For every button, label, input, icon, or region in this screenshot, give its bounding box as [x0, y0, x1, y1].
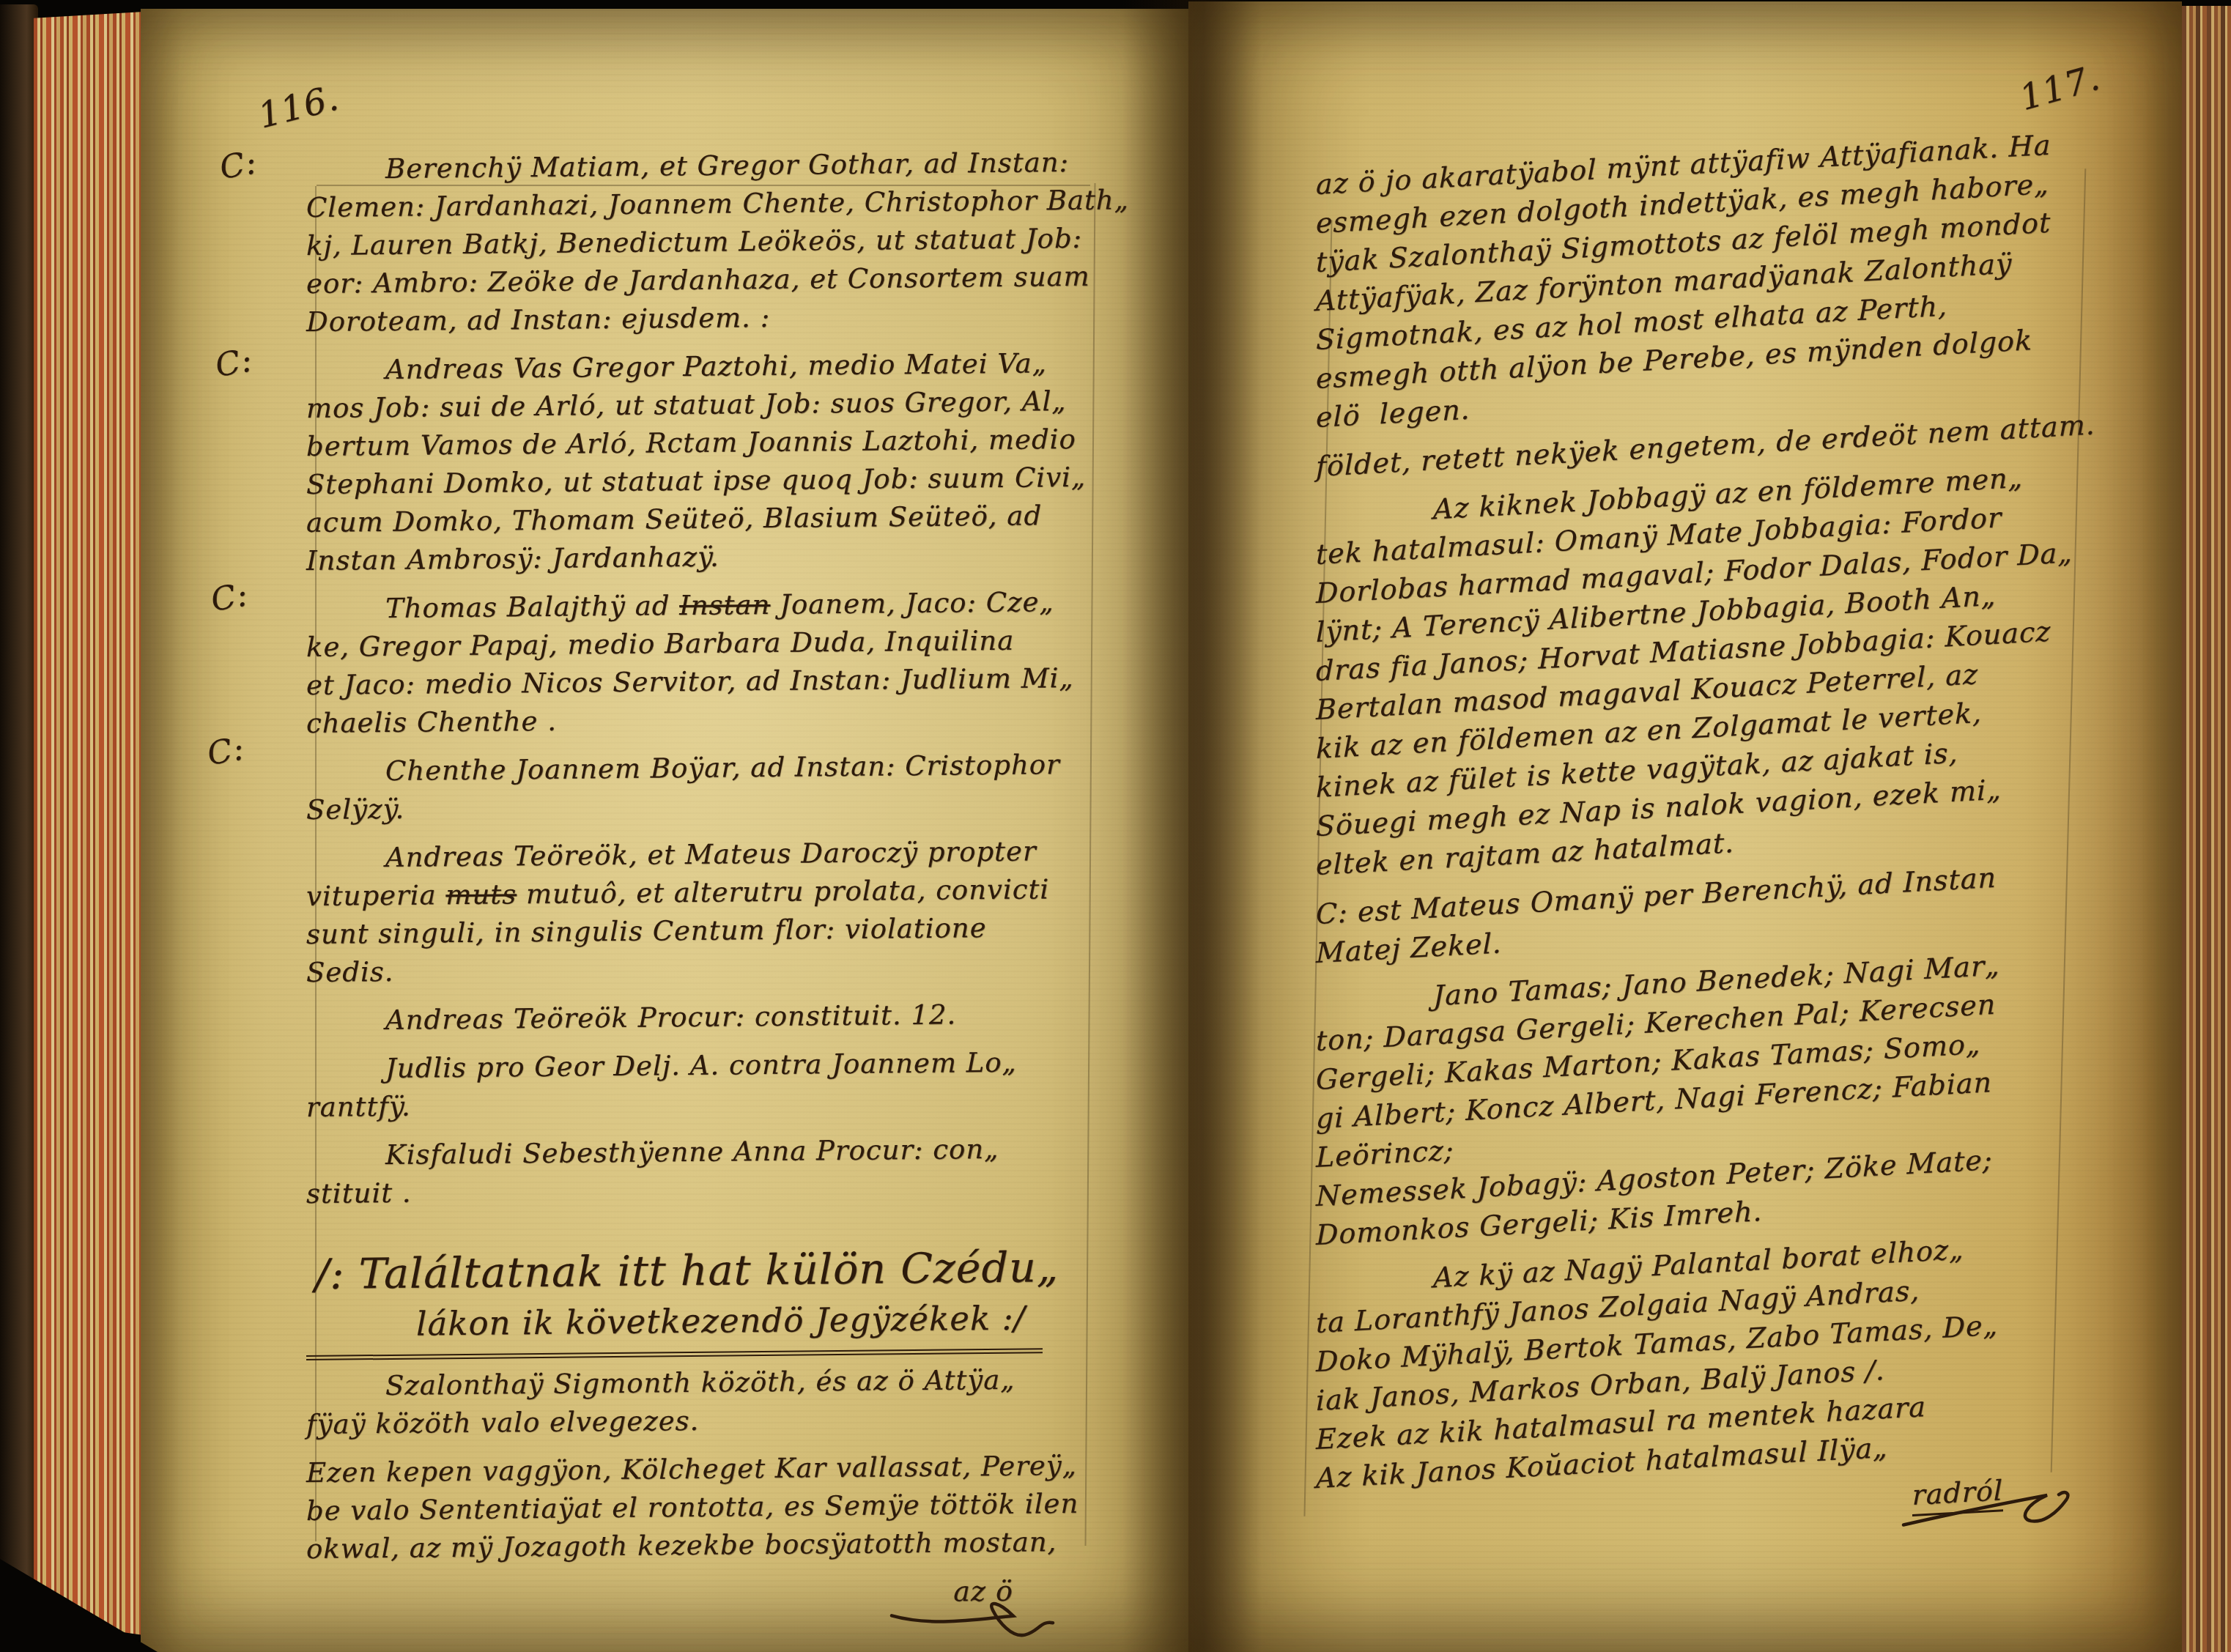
right-page-fore-edges	[2182, 6, 2231, 1652]
catchword-flourish-icon	[1901, 1477, 2091, 1546]
gutter-shadow	[1122, 0, 1262, 1652]
struck-word: Instan	[679, 589, 770, 621]
manuscript-line: Andreas Teöreök Procur: constituit. 12.	[306, 995, 1101, 1040]
section-heading-line1: /: Találtatnak itt hat külön Czédu„	[306, 1240, 1101, 1303]
line-segment: Thomas Balajthÿ ad	[385, 590, 679, 624]
paragraph: Andreas Teöreök Procur: constituit. 12.	[306, 995, 1101, 1040]
catchword-left: az ö	[306, 1572, 1013, 1617]
margin-mark: C:	[217, 144, 260, 187]
paragraph: Kisfaludi Sebesthÿenne Anna Procur: con„…	[306, 1130, 1101, 1213]
manuscript-line: Sedis.	[306, 947, 1101, 992]
paragraph: Andreas Teöreök, et Mateus Daroczÿ propt…	[306, 832, 1101, 992]
manuscript-line: ranttfÿ.	[306, 1081, 1101, 1127]
paragraph: Jano Tamas; Jano Benedek; Nagi Mar„ton; …	[1316, 940, 2113, 1255]
paragraph: Szalonthaÿ Sigmonth közöth, és az ö Attÿ…	[306, 1360, 1101, 1444]
margin-mark: C:	[208, 576, 251, 619]
paragraph: Andreas Vas Gregor Paztohi, medio Matei …	[306, 344, 1101, 580]
manuscript-line: Kisfaludi Sebesthÿenne Anna Procur: con„	[306, 1130, 1101, 1175]
paragraph: Berenchÿ Matiam, et Gregor Gothar, ad In…	[306, 144, 1101, 341]
manuscript-line: fÿaÿ közöth valo elvegezes.	[306, 1399, 1101, 1444]
manuscript-line: acum Domko, Thomam Seüteö, Blasium Seüte…	[306, 497, 1101, 542]
manuscript-line: sunt singuli, in singulis Centum flor: v…	[306, 908, 1101, 954]
paragraph: Chenthe Joannem Boÿar, ad Instan: Cristo…	[306, 746, 1101, 829]
manuscript-line: Doroteam, ad Instan: ejusdem. :	[306, 296, 1101, 341]
left-page-fore-edges	[34, 12, 144, 1635]
paragraph: Ezen kepen vaggÿon, Kölcheget Kar vallas…	[306, 1447, 1101, 1568]
left-page-text: Berenchÿ Matiam, et Gregor Gothar, ad In…	[306, 144, 1101, 1617]
manuscript-line: Szalonthaÿ Sigmonth közöth, és az ö Attÿ…	[306, 1360, 1101, 1406]
manuscript-line: Judlis pro Geor Delj. A. contra Joannem …	[306, 1043, 1101, 1089]
paragraph: Az kiknek Jobbagÿ az en földemre men„tek…	[1316, 453, 2113, 885]
section-heading: /: Találtatnak itt hat külön Czédu„ láko…	[306, 1240, 1101, 1360]
paragraph: az ö jo akaratÿabol mÿnt attÿafiw Attÿaf…	[1316, 122, 2113, 437]
manuscript-line: stituit .	[306, 1168, 1101, 1213]
paragraph: Az kÿ az Nagÿ Palantal borat elhoz„ta Lo…	[1316, 1222, 2113, 1498]
manuscript-line: Instan Ambrosÿ: Jardanhazÿ.	[306, 535, 1101, 580]
line-segment: Joanem, Jaco: Cze„	[770, 586, 1054, 621]
manuscript-line: Selÿzÿ.	[306, 784, 1101, 829]
manuscript-line: et Jaco: medio Nicos Servitor, ad Instan…	[306, 659, 1101, 705]
manuscript-line: chaelis Chenthe .	[306, 697, 1101, 743]
paragraph: Thomas Balajthÿ ad Instan Joanem, Jaco: …	[306, 583, 1101, 743]
manuscript-line: Chenthe Joannem Boÿar, ad Instan: Cristo…	[306, 746, 1101, 791]
margin-mark: C:	[204, 730, 248, 773]
book-cover-spine-edge	[0, 4, 38, 1652]
line-segment: mutuô, et alterutru prolata, convicti	[517, 873, 1049, 910]
manuscript-line: eor: Ambro: Zeöke de Jardanhaza, et Cons…	[306, 258, 1101, 303]
margin-mark: C:	[212, 341, 256, 385]
struck-word: muts	[445, 878, 517, 911]
manuscript-line: okwal, az mÿ Jozagoth kezekbe bocsÿatott…	[306, 1523, 1101, 1568]
right-page-text: az ö jo akaratÿabol mÿnt attÿafiw Attÿaf…	[1316, 122, 2113, 1547]
section-heading-line2: lákon ik következendö Jegÿzékek :/	[306, 1295, 1043, 1360]
paragraph: Judlis pro Geor Delj. A. contra Joannem …	[306, 1043, 1101, 1127]
line-segment: vituperia	[306, 879, 445, 912]
catchword-flourish-icon	[889, 1593, 1057, 1646]
